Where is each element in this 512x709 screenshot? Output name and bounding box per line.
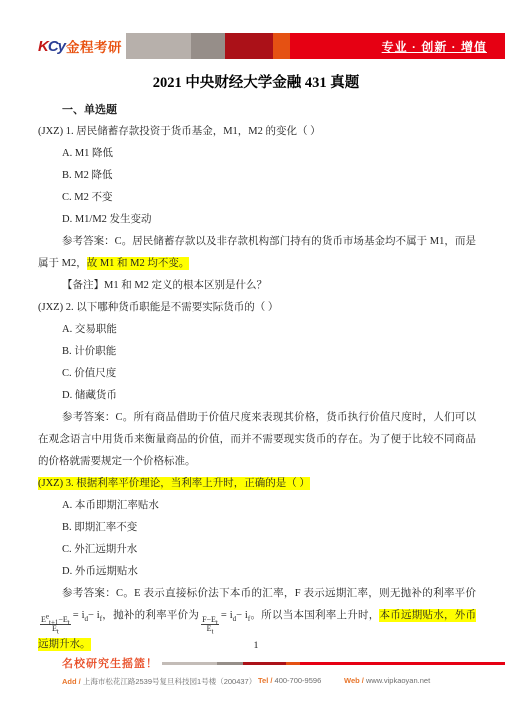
question-1-option-b: B. M2 降低 — [38, 165, 476, 187]
footer-tel-value: 400-700-9596 — [275, 676, 322, 685]
question-1-answer: 参考答案：C。居民储蓄存款以及非存款机构部门持有的货币市场基金均不属于 M1，而… — [38, 231, 476, 275]
page-number: 1 — [0, 641, 512, 651]
question-1-option-d: D. M1/M2 发生变动 — [38, 209, 476, 231]
footer-contact-row: Add / 上海市松花江路2539号复旦科技园1号楼（200437） Tel /… — [38, 676, 505, 687]
footer-slogan-row: 名校研究生摇篮！ — [38, 655, 505, 671]
uncovered-parity-formula: Eet+1−EtEt — [40, 616, 71, 634]
question-2-answer: 参考答案：C。所有商品借助于价值尺度来表现其价格，货币执行价值尺度时，人们可以在… — [38, 407, 476, 473]
formula-term: = i — [73, 610, 85, 621]
banner-segment-dark-red — [225, 33, 273, 59]
formula-term: 。所以当本国利率上升时， — [250, 610, 379, 621]
page-header: KCy 金程考研 专业 · 创新 · 增值 — [38, 33, 505, 59]
question-2-option-d: D. 储藏货币 — [38, 385, 476, 407]
question-2-option-b: B. 计价职能 — [38, 341, 476, 363]
question-2-option-c: C. 价值尺度 — [38, 363, 476, 385]
footer-address: Add / 上海市松花江路2539号复旦科技园1号楼（200437） — [62, 676, 258, 687]
question-1-option-a: A. M1 降低 — [38, 143, 476, 165]
formula-term: −E — [58, 615, 67, 624]
footer-telephone: Tel / 400-700-9596 — [258, 676, 344, 687]
banner-segment-red: 专业 · 创新 · 增值 — [290, 33, 505, 59]
footer-website: Web / www.vipkaoyan.net — [344, 676, 505, 687]
footer-divider-line — [162, 662, 505, 665]
question-1-text: (JXZ) 1. 居民储蓄存款投资于货币基金，M1，M2 的变化（ ） — [38, 121, 476, 143]
section-heading: 一、单选题 — [38, 99, 476, 121]
kcy-logo: KCy 金程考研 — [38, 33, 126, 59]
banner-tagline: 专业 · 创新 · 增值 — [382, 38, 487, 55]
formula-term: − i — [236, 610, 248, 621]
footer-web-label: Web / — [344, 676, 366, 685]
question-3-text: (JXZ) 3. 根据利率平价理论，当利率上升时，正确的是（ ） — [38, 473, 476, 495]
page-title: 2021 中央财经大学金融 431 真题 — [0, 71, 512, 92]
question-2-option-a: A. 交易职能 — [38, 319, 476, 341]
question-1-answer-highlight: 故 M1 和 M2 均不变。 — [87, 257, 190, 270]
formula-subscript: t — [211, 628, 213, 636]
question-3-answer-part1: 参考答案：C。E 表示直接标价法下本币的汇率，F 表示远期汇率，则无抛补的利率平… — [62, 588, 476, 599]
banner-segment-mid-gray — [191, 33, 225, 59]
banner-segment-orange — [273, 33, 290, 59]
footer-slogan: 名校研究生摇篮！ — [62, 655, 158, 671]
question-3-option-c: C. 外汇远期升水 — [38, 539, 476, 561]
footer-line-red — [300, 662, 505, 665]
formula-term: = i — [221, 610, 233, 621]
question-3-option-a: A. 本币即期汇率贴水 — [38, 495, 476, 517]
footer-web-value: www.vipkaoyan.net — [366, 676, 430, 685]
document-body: 一、单选题 (JXZ) 1. 居民储蓄存款投资于货币基金，M1，M2 的变化（ … — [38, 99, 476, 656]
formula-term: F−E — [202, 615, 216, 624]
footer-line-orange — [286, 662, 300, 665]
formula-subscript: t — [57, 628, 59, 636]
question-3-option-b: B. 即期汇率不变 — [38, 517, 476, 539]
formula-term: − i — [88, 610, 100, 621]
footer-address-label: Add / — [62, 677, 83, 686]
footer-address-value: 上海市松花江路2539号复旦科技园1号楼（200437） — [83, 677, 256, 686]
question-2-text: (JXZ) 2. 以下哪种货币职能是不需要实际货币的（ ） — [38, 297, 476, 319]
formula-term: ， — [102, 610, 113, 621]
question-3-answer-part2: 抛补的利率平价为 — [113, 610, 199, 621]
header-banner: 专业 · 创新 · 增值 — [126, 33, 505, 59]
footer-tel-label: Tel / — [258, 676, 275, 685]
banner-segment-light-gray — [126, 33, 191, 59]
page-footer: 名校研究生摇篮！ Add / 上海市松花江路2539号复旦科技园1号楼（2004… — [38, 655, 505, 687]
covered-parity-formula: F−EtEt — [201, 616, 219, 634]
question-1-option-c: C. M2 不变 — [38, 187, 476, 209]
kcy-logo-name: 金程考研 — [66, 36, 122, 56]
kcy-logo-mark-icon: KCy — [38, 38, 65, 55]
question-3-option-d: D. 外币远期贴水 — [38, 561, 476, 583]
document-page: KCy 金程考研 专业 · 创新 · 增值 2021 中央财经大学金融 431 … — [0, 0, 512, 709]
footer-line-light-gray — [162, 662, 217, 665]
footer-line-dark-red — [243, 662, 286, 665]
question-1-note: 【备注】M1 和 M2 定义的根本区别是什么？ — [38, 275, 476, 297]
footer-line-mid-gray — [217, 662, 243, 665]
question-3-text-highlight: (JXZ) 3. 根据利率平价理论，当利率上升时，正确的是（ ） — [38, 477, 310, 490]
